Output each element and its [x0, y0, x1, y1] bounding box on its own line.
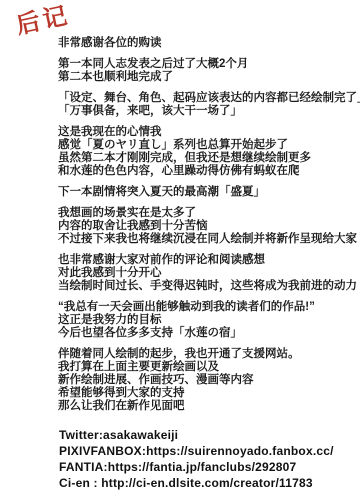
afterword-page: 后记 非常感谢各位的购读 第一本同人志发表之后过了大概2个月 第二本也顺利地完成… — [0, 0, 360, 503]
text-line: 和水莲的色色内容，心里躁动得仿佛有蚂蚁在爬 — [58, 165, 360, 178]
paragraph-reviews: 也非常感谢大家对前作的评论和阅读感想 对此我感到十分开心 当绘制时间过长、手变得… — [58, 254, 360, 293]
page-title: 后记 — [12, 0, 72, 41]
text-line: 第二本也顺利地完成了 — [58, 71, 360, 84]
fantia-url: FANTIA:https://fantia.jp/fanclubs/292807 — [59, 459, 334, 475]
paragraph-goal: “我总有一天会画出能够触动到我的读者们的作品!” 这正是我努力的目标 今后也望各… — [58, 301, 360, 340]
text-line: 希望能够得到大家的支持 — [58, 387, 360, 400]
text-line: 也非常感谢大家对前作的评论和阅读感想 — [58, 254, 360, 267]
text-line: 伴随着同人绘制的起步，我也开通了支援网站。 — [58, 348, 360, 361]
text-line: 非常感谢各位的购读 — [58, 37, 360, 50]
text-line: 「万事俱备，来吧，该大干一场了」 — [58, 105, 360, 118]
twitter-handle: Twitter:asakawakeiji — [59, 427, 334, 443]
afterword-body: 非常感谢各位的购读 第一本同人志发表之后过了大概2个月 第二本也顺利地完成了 「… — [58, 37, 360, 421]
text-line: 今后也望各位多多支持「水莲の宿」 — [58, 327, 360, 340]
text-line: 虽然第二本才刚刚完成，但我还是想继续绘制更多 — [58, 152, 360, 165]
text-line: 下一本剧情将突入夏天的最高潮「盛夏」 — [58, 186, 360, 199]
text-line: 「设定、舞台、角色、起码应该表达的内容都已经绘制完了」 — [58, 92, 360, 105]
text-line: 对此我感到十分开心 — [58, 267, 360, 280]
paragraph-second-book: 第一本同人志发表之后过了大概2个月 第二本也顺利地完成了 — [58, 58, 360, 84]
text-line: 不过接下来我也将继续沉浸在同人绘制并将新作呈现给大家 — [58, 233, 360, 246]
paragraph-quotes: 「设定、舞台、角色、起码应该表达的内容都已经绘制完了」 「万事俱备，来吧，该大干… — [58, 92, 360, 118]
text-line: “我总有一天会画出能够触动到我的读者们的作品!” — [58, 301, 360, 314]
text-line: 感觉「夏のヤリ直し」系列也总算开始起步了 — [58, 139, 360, 152]
social-links: Twitter:asakawakeiji PIXIVFANBOX:https:/… — [59, 427, 334, 491]
paragraph-thanks: 非常感谢各位的购读 — [58, 37, 360, 50]
paragraph-support-site: 伴随着同人绘制的起步，我也开通了支援网站。 我打算在上面主要更新绘画以及 新作绘… — [58, 348, 360, 413]
text-line: 当绘制时间过长、手变得迟钝时，这些将成为我前进的动力 — [58, 280, 360, 293]
text-line: 我打算在上面主要更新绘画以及 — [58, 361, 360, 374]
ci-en-url: Ci-en : http://ci-en.dlsite.com/creator/… — [59, 475, 334, 491]
text-line: 这是我现在的心情我 — [58, 126, 360, 139]
text-line: 那么让我们在新作见面吧 — [58, 400, 360, 413]
text-line: 我想画的场景实在是太多了 — [58, 207, 360, 220]
pixiv-fanbox-url: PIXIVFANBOX:https://suirennoyado.fanbox.… — [59, 443, 334, 459]
text-line: 内容的取舍让我感到十分苦恼 — [58, 220, 360, 233]
text-line: 这正是我努力的目标 — [58, 314, 360, 327]
paragraph-next-book: 下一本剧情将突入夏天的最高潮「盛夏」 — [58, 186, 360, 199]
paragraph-scenes: 我想画的场景实在是太多了 内容的取舍让我感到十分苦恼 不过接下来我也将继续沉浸在… — [58, 207, 360, 246]
text-line: 新作绘制进展、作画技巧、漫画等内容 — [58, 374, 360, 387]
paragraph-feelings: 这是我现在的心情我 感觉「夏のヤリ直し」系列也总算开始起步了 虽然第二本才刚刚完… — [58, 126, 360, 178]
text-line: 第一本同人志发表之后过了大概2个月 — [58, 58, 360, 71]
